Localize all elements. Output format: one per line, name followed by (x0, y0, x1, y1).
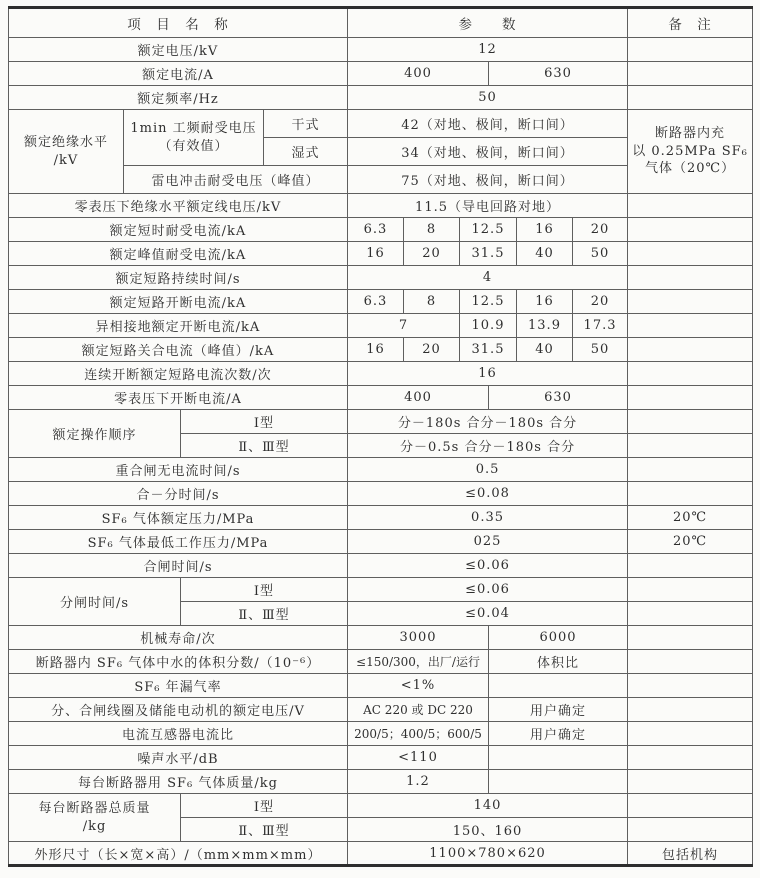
cell-type: Ⅰ型 (181, 794, 348, 818)
table-header-row: 项 目 名 称 参 数 备 注 (9, 8, 753, 38)
cell-value: 20 (573, 290, 628, 314)
cell-value: ≤0.04 (348, 602, 628, 626)
table-row: 分闸时间/s Ⅰ型 ≤0.06 (9, 578, 753, 602)
cell-label: 断路器内 SF₆ 气体中水的体积分数/（10⁻⁶） (9, 650, 348, 674)
cell-remark (628, 242, 753, 266)
cell-label-line: /kV (10, 152, 122, 170)
cell-remark (628, 818, 753, 842)
cell-sub-label: 雷电冲击耐受电压（峰值） (124, 166, 348, 194)
header-item: 项 目 名 称 (9, 8, 348, 38)
table-row: 异相接地额定开断电流/kA 7 10.9 13.9 17.3 (9, 314, 753, 338)
cell-value: 42（对地、极间，断口间） (348, 110, 628, 138)
cell-remark: 20℃ (628, 530, 753, 554)
table-row: 额定频率/Hz 50 (9, 86, 753, 110)
cell-remark (628, 386, 753, 410)
cell-label-line: 额定绝缘水平 (10, 134, 122, 152)
cell-remark (628, 338, 753, 362)
cell-value: 20 (573, 218, 628, 242)
cell-value: 16 (348, 338, 404, 362)
cell-label: 额定电流/A (9, 62, 348, 86)
cell-label: 噪声水平/dB (9, 746, 348, 770)
cell-value: 20 (404, 338, 460, 362)
table-row: SF₆ 年漏气率 <1% (9, 674, 753, 698)
cell-value: ≤0.06 (348, 554, 628, 578)
table-row: 零表压下绝缘水平额定线电压/kV 11.5（导电回路对地） (9, 194, 753, 218)
cell-remark (628, 554, 753, 578)
cell-group-label: 额定绝缘水平 /kV (9, 110, 124, 194)
cell-value: 31.5 (460, 338, 517, 362)
table-row: 合闸时间/s ≤0.06 (9, 554, 753, 578)
cell-value: AC 220 或 DC 220 (348, 698, 489, 722)
table-row: 额定电压/kV 12 (9, 38, 753, 62)
cell-remark (628, 362, 753, 386)
table-row: 额定峰值耐受电流/kA 16 20 31.5 40 50 (9, 242, 753, 266)
table-row: 额定操作顺序 Ⅰ型 分－180s 合分－180s 合分 (9, 410, 753, 434)
cell-remark (628, 458, 753, 482)
cell-sub-label: 1min 工频耐受电压 （有效值） (124, 110, 264, 166)
cell-value: 16 (517, 290, 573, 314)
cell-label: 重合闸无电流时间/s (9, 458, 348, 482)
cell-label: 每台断路器用 SF₆ 气体质量/kg (9, 770, 348, 794)
cell-label: 合闸时间/s (9, 554, 348, 578)
cell-value: 630 (489, 62, 628, 86)
table-row: 合－分时间/s ≤0.08 (9, 482, 753, 506)
cell-value: 34（对地、极间，断口间） (348, 138, 628, 166)
cell-value: 8 (404, 218, 460, 242)
cell-label: 额定短路关合电流（峰值）/kA (9, 338, 348, 362)
cell-value: 50 (348, 86, 628, 110)
cell-value: 400 (348, 386, 489, 410)
cell-value: 12 (348, 38, 628, 62)
cell-value: 40 (517, 242, 573, 266)
table-row: SF₆ 气体额定压力/MPa 0.35 20℃ (9, 506, 753, 530)
table-row: 额定绝缘水平 /kV 1min 工频耐受电压 （有效值） 干式 42（对地、极间… (9, 110, 753, 138)
table-row: 重合闸无电流时间/s 0.5 (9, 458, 753, 482)
cell-remark (628, 794, 753, 818)
cell-group-label: 分闸时间/s (9, 578, 181, 626)
cell-label: 分、合闸线圈及储能电动机的额定电压/V (9, 698, 348, 722)
cell-value: 6.3 (348, 290, 404, 314)
cell-label: 额定短路开断电流/kA (9, 290, 348, 314)
cell-label: 合－分时间/s (9, 482, 348, 506)
cell-value: 12.5 (460, 290, 517, 314)
table-row: 外形尺寸（长×宽×高）/（mm×mm×mm） 1100×780×620 包括机构 (9, 842, 753, 866)
cell-remark-line: 气体（20℃） (629, 160, 751, 178)
cell-remark (628, 722, 753, 746)
cell-remark (628, 578, 753, 602)
cell-remark: 20℃ (628, 506, 753, 530)
table-row: SF₆ 气体最低工作压力/MPa 025 20℃ (9, 530, 753, 554)
cell-value: 1.2 (348, 770, 489, 794)
table-row: 额定短时耐受电流/kA 6.3 8 12.5 16 20 (9, 218, 753, 242)
cell-remark (628, 746, 753, 770)
cell-type: 干式 (264, 110, 348, 138)
cell-type: Ⅱ、Ⅲ型 (181, 818, 348, 842)
cell-label: 连续开断额定短路电流次数/次 (9, 362, 348, 386)
cell-value (489, 674, 628, 698)
cell-value: 6000 (489, 626, 628, 650)
table-row: 噪声水平/dB <110 (9, 746, 753, 770)
cell-value: 11.5（导电回路对地） (348, 194, 628, 218)
cell-label: SF₆ 气体额定压力/MPa (9, 506, 348, 530)
cell-label: 电流互感器电流比 (9, 722, 348, 746)
cell-label-line: （有效值） (125, 138, 262, 156)
cell-remark (628, 674, 753, 698)
cell-remark (628, 62, 753, 86)
cell-type: 湿式 (264, 138, 348, 166)
cell-remark (628, 410, 753, 434)
cell-value: 分－180s 合分－180s 合分 (348, 410, 628, 434)
cell-label: SF₆ 气体最低工作压力/MPa (9, 530, 348, 554)
cell-value: 6.3 (348, 218, 404, 242)
cell-label: 额定电压/kV (9, 38, 348, 62)
cell-value (489, 746, 628, 770)
document-page: 项 目 名 称 参 数 备 注 额定电压/kV 12 额定电流/A 400 63… (0, 0, 760, 878)
cell-value (489, 770, 628, 794)
cell-label-line: 每台断路器总质量 (10, 800, 179, 818)
cell-label: 额定短路持续时间/s (9, 266, 348, 290)
cell-type: Ⅱ、Ⅲ型 (181, 602, 348, 626)
cell-remark (628, 602, 753, 626)
cell-label-line: /kg (10, 818, 179, 836)
cell-value: 7 (348, 314, 460, 338)
cell-type: Ⅰ型 (181, 578, 348, 602)
table-row: 额定短路持续时间/s 4 (9, 266, 753, 290)
cell-value: ≤150/300，出厂/运行 (348, 650, 489, 674)
cell-remark (628, 314, 753, 338)
table-row: 每台断路器用 SF₆ 气体质量/kg 1.2 (9, 770, 753, 794)
cell-value: 用户确定 (489, 698, 628, 722)
cell-label: 额定峰值耐受电流/kA (9, 242, 348, 266)
table-row: 额定电流/A 400 630 (9, 62, 753, 86)
cell-remark (628, 434, 753, 458)
cell-value: 16 (517, 218, 573, 242)
cell-value: 20 (404, 242, 460, 266)
cell-remark (628, 698, 753, 722)
cell-value: 12.5 (460, 218, 517, 242)
cell-remark (628, 218, 753, 242)
cell-remark (628, 194, 753, 218)
cell-value: 13.9 (517, 314, 573, 338)
cell-remark (628, 482, 753, 506)
cell-remark (628, 650, 753, 674)
cell-type: Ⅰ型 (181, 410, 348, 434)
cell-remark (628, 626, 753, 650)
table-row: 零表压下开断电流/A 400 630 (9, 386, 753, 410)
cell-label: 额定短时耐受电流/kA (9, 218, 348, 242)
cell-label-line: 1min 工频耐受电压 (125, 120, 262, 138)
cell-label: 零表压下开断电流/A (9, 386, 348, 410)
table-row: 额定短路关合电流（峰值）/kA 16 20 31.5 40 50 (9, 338, 753, 362)
cell-value: 40 (517, 338, 573, 362)
cell-value: 630 (489, 386, 628, 410)
cell-value: 16 (348, 242, 404, 266)
cell-label: 异相接地额定开断电流/kA (9, 314, 348, 338)
cell-value: <110 (348, 746, 489, 770)
cell-remark (628, 266, 753, 290)
cell-remark-line: 断路器内充 (629, 125, 751, 143)
cell-remark: 断路器内充 以 0.25MPa SF₆ 气体（20℃） (628, 110, 753, 194)
table-row: 断路器内 SF₆ 气体中水的体积分数/（10⁻⁶） ≤150/300，出厂/运行… (9, 650, 753, 674)
cell-value: <1% (348, 674, 489, 698)
cell-group-label: 每台断路器总质量 /kg (9, 794, 181, 842)
cell-label: 零表压下绝缘水平额定线电压/kV (9, 194, 348, 218)
table-row: 额定短路开断电流/kA 6.3 8 12.5 16 20 (9, 290, 753, 314)
cell-value: 50 (573, 242, 628, 266)
cell-remark (628, 86, 753, 110)
cell-value: 体积比 (489, 650, 628, 674)
cell-value: ≤0.08 (348, 482, 628, 506)
cell-value: ≤0.06 (348, 578, 628, 602)
cell-value: 10.9 (460, 314, 517, 338)
cell-value: 1100×780×620 (348, 842, 628, 866)
cell-value: 分－0.5s 合分－180s 合分 (348, 434, 628, 458)
cell-value: 4 (348, 266, 628, 290)
cell-remark (628, 290, 753, 314)
cell-value: 025 (348, 530, 628, 554)
cell-remark: 包括机构 (628, 842, 753, 866)
cell-type: Ⅱ、Ⅲ型 (181, 434, 348, 458)
spec-table: 项 目 名 称 参 数 备 注 额定电压/kV 12 额定电流/A 400 63… (8, 6, 753, 867)
cell-value: 8 (404, 290, 460, 314)
cell-value: 31.5 (460, 242, 517, 266)
header-remark: 备 注 (628, 8, 753, 38)
cell-label: 额定频率/Hz (9, 86, 348, 110)
table-row: 连续开断额定短路电流次数/次 16 (9, 362, 753, 386)
table-row: 机械寿命/次 3000 6000 (9, 626, 753, 650)
cell-value: 用户确定 (489, 722, 628, 746)
header-param: 参 数 (348, 8, 628, 38)
cell-value: 200/5；400/5；600/5 (348, 722, 489, 746)
cell-value: 50 (573, 338, 628, 362)
cell-value: 0.35 (348, 506, 628, 530)
cell-label: 机械寿命/次 (9, 626, 348, 650)
cell-remark-line: 以 0.25MPa SF₆ (629, 143, 751, 161)
cell-value: 0.5 (348, 458, 628, 482)
cell-value: 3000 (348, 626, 489, 650)
cell-group-label: 额定操作顺序 (9, 410, 181, 458)
table-row: 每台断路器总质量 /kg Ⅰ型 140 (9, 794, 753, 818)
cell-value: 150、160 (348, 818, 628, 842)
cell-value: 17.3 (573, 314, 628, 338)
cell-remark (628, 770, 753, 794)
table-row: 电流互感器电流比 200/5；400/5；600/5 用户确定 (9, 722, 753, 746)
cell-value: 16 (348, 362, 628, 386)
cell-label: SF₆ 年漏气率 (9, 674, 348, 698)
cell-value: 400 (348, 62, 489, 86)
cell-value: 140 (348, 794, 628, 818)
table-row: 分、合闸线圈及储能电动机的额定电压/V AC 220 或 DC 220 用户确定 (9, 698, 753, 722)
cell-value: 75（对地、极间，断口间） (348, 166, 628, 194)
cell-label: 外形尺寸（长×宽×高）/（mm×mm×mm） (9, 842, 348, 866)
cell-remark (628, 38, 753, 62)
